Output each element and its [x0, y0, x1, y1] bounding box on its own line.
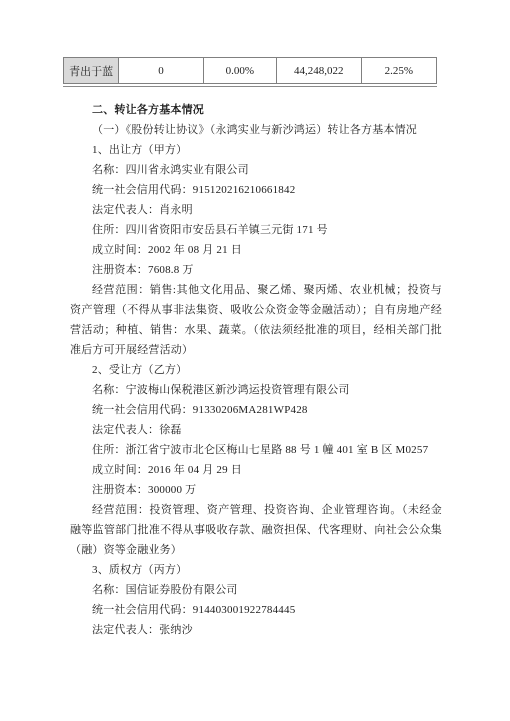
party2-field-business-scope: 经营范围：投资管理、资产管理、投资咨询、企业管理咨询。（未经金融等监管部门批准不…: [70, 500, 442, 560]
party2-field-founded: 成立时间：2016 年 04 月 29 日: [70, 460, 442, 480]
table-bottom-rule: [63, 86, 437, 87]
party3-field-legal-rep: 法定代表人：张纳沙: [70, 620, 442, 640]
party3-field-name: 名称：国信证券股份有限公司: [70, 580, 442, 600]
party2-field-name: 名称：宁波梅山保税港区新沙鸿运投资管理有限公司: [70, 380, 442, 400]
party3-field-credit-code: 统一社会信用代码：914403001922784445: [70, 600, 442, 620]
party1-field-address: 住所：四川省资阳市安岳县石羊镇三元街 171 号: [70, 220, 442, 240]
party1-field-registered-capital: 注册资本：7608.8 万: [70, 260, 442, 280]
party2-title: 2、受让方（乙方）: [70, 360, 442, 380]
party1-field-business-scope: 经营范围：销售:其他文化用品、聚乙烯、聚丙烯、农业机械；投资与资产管理（不得从事…: [70, 280, 442, 360]
party1-field-credit-code: 统一社会信用代码：915120216210661842: [70, 180, 442, 200]
party1-field-name: 名称：四川省永鸿实业有限公司: [70, 160, 442, 180]
shareholder-table: 青出于蓝 0 0.00% 44,248,022 2.25%: [63, 57, 437, 84]
table-row: 青出于蓝 0 0.00% 44,248,022 2.25%: [64, 58, 437, 84]
subsection-heading: （一）《股份转让协议》（永鸿实业与新沙鸿运）转让各方基本情况: [70, 120, 442, 140]
table-cell-shareholder-name: 青出于蓝: [64, 58, 119, 84]
party1-field-legal-rep: 法定代表人：肖永明: [70, 200, 442, 220]
table-cell-shares-before: 0: [119, 58, 203, 84]
section-heading: 二、转让各方基本情况: [70, 100, 442, 120]
party2-field-credit-code: 统一社会信用代码：91330206MA281WP428: [70, 400, 442, 420]
party1-field-founded: 成立时间：2002 年 08 月 21 日: [70, 240, 442, 260]
table-cell-percent-after: 2.25%: [361, 58, 436, 84]
document-body: 二、转让各方基本情况 （一）《股份转让协议》（永鸿实业与新沙鸿运）转让各方基本情…: [70, 100, 442, 640]
party2-field-address: 住所：浙江省宁波市北仑区梅山七星路 88 号 1 幢 401 室 B 区 M02…: [70, 440, 442, 460]
party3-title: 3、质权方（丙方）: [70, 560, 442, 580]
party1-title: 1、出让方（甲方）: [70, 140, 442, 160]
party2-field-registered-capital: 注册资本：300000 万: [70, 480, 442, 500]
table-cell-percent-before: 0.00%: [203, 58, 276, 84]
party2-field-legal-rep: 法定代表人：徐磊: [70, 420, 442, 440]
table-cell-shares-after: 44,248,022: [276, 58, 361, 84]
document-page: 青出于蓝 0 0.00% 44,248,022 2.25% 二、转让各方基本情况…: [0, 0, 510, 721]
